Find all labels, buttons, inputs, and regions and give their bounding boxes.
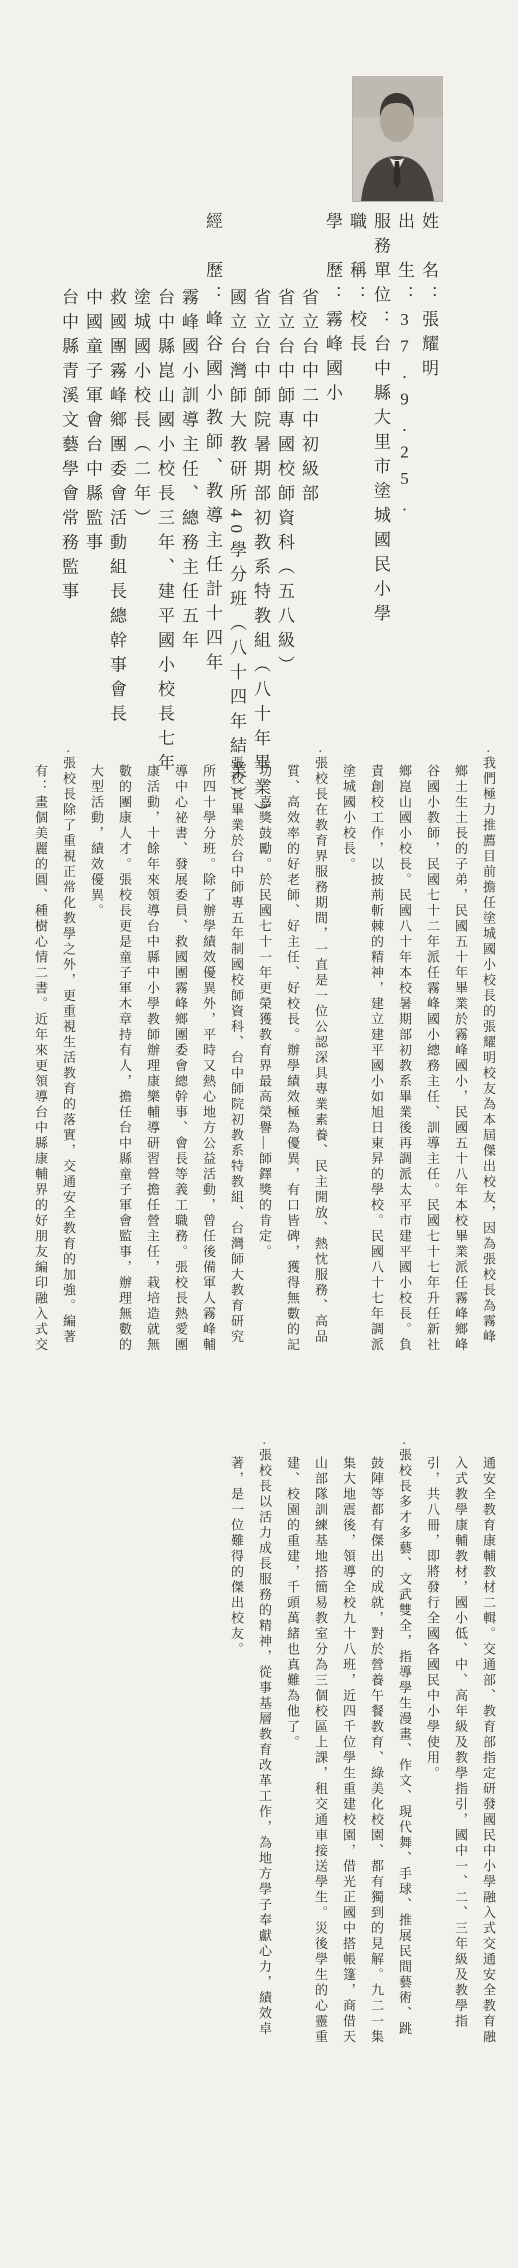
experience-item: 台中縣崑山國小校長三年、建平國小校長七年	[152, 212, 176, 792]
recommendation-paragraph: ·我們極力推薦目前擔任塗城國小校長的張耀明校友為本屆傑出校友，因為張校長為霧峰鄉…	[334, 764, 502, 1360]
scanned-document-page: 姓 名：張耀明 出 生：37.9.25. 服務單位：台中縣大里市塗城國民小學 職…	[0, 0, 518, 2268]
field-value: 峰谷國小教師、教導主任計十四年	[203, 310, 222, 678]
profile-field-birth: 出 生：37.9.25.	[392, 212, 416, 792]
recommendation-paragraph: ·張校長多才多藝、文武雙全，指導學生漫畫、作文、現代舞、手球、推展民間藝術、跳鼓…	[278, 1456, 418, 2052]
profile-field-title: 職 稱：校長	[344, 212, 368, 792]
experience-item: 台中縣青溪文藝學會常務監事	[56, 212, 80, 792]
profile-info: 姓 名：張耀明 出 生：37.9.25. 服務單位：台中縣大里市塗城國民小學 職…	[56, 212, 440, 792]
profile-field-experience: 經 歷：峰谷國小教師、教導主任計十四年	[200, 212, 224, 792]
profile-field-workplace: 服務單位：台中縣大里市塗城國民小學	[368, 212, 392, 792]
profile-field-name: 姓 名：張耀明	[416, 212, 440, 792]
field-value: 台中縣青溪文藝學會常務監事	[59, 288, 78, 607]
field-value: 霧峰國小訓導主任、總務主任五年	[179, 288, 198, 656]
field-value: 國立台灣師大教研所40學分班（八十四年結業）	[227, 288, 246, 810]
field-label: 職 稱：	[347, 212, 366, 310]
recommendation-paragraph: ·張校長畢業於台中師專五年制國校師資科、台中師院初教系特教組、台灣師大教育研究所…	[82, 764, 250, 1360]
field-value: 台中縣大里市塗城國民小學	[371, 335, 390, 629]
field-value: 塗城國小校長（二年）	[131, 288, 150, 533]
education-item: 省立台中二中初級部	[296, 212, 320, 792]
recommendation-paragraph: ·張校長以活力成長服務的精神，從事基層教育改革工作，為地方學子奉獻心力，績效卓著…	[222, 1456, 278, 2052]
experience-item: 中國童子軍會台中縣監事	[80, 212, 104, 792]
field-value: 37.9.25.	[395, 310, 414, 522]
field-value: 張耀明	[419, 310, 438, 384]
experience-item: 霧峰國小訓導主任、總務主任五年	[176, 212, 200, 792]
field-value: 校長	[347, 310, 366, 359]
recommendation-paragraph: ·張校長除了重視正常化教學之外，更重視生活教育的落實，交通安全教育的加強。編著有…	[26, 764, 82, 1360]
recommendation-paragraph: ·張校長在教育界服務期間，一直是一位公認深具專業素養、民主開放、熱忱服務、高品質…	[250, 764, 334, 1360]
experience-item: 救國團霧峰鄉團委會活動組長總幹事會長	[104, 212, 128, 792]
field-value: 省立台中師院暑期部初教系特教組（八十年畢業）	[251, 288, 270, 827]
field-value: 省立台中師專國校師資科（五八級）	[275, 288, 294, 680]
portrait-photo	[353, 77, 442, 201]
profile-field-education: 學 歷：霧峰國小	[320, 212, 344, 792]
field-value: 省立台中二中初級部	[299, 288, 318, 509]
recommendation-paragraph-continued: 通安全教育康輔教材二輯。交通部、教育部指定研發國民中小學融入式交通安全教育融入式…	[418, 1456, 502, 2052]
field-label: 經 歷：	[203, 212, 222, 310]
field-value: 霧峰國小	[323, 310, 342, 408]
field-label: 姓 名：	[419, 212, 438, 310]
education-item: 省立台中師院暑期部初教系特教組（八十年畢業）	[248, 212, 272, 792]
field-label: 學 歷：	[323, 212, 342, 310]
field-label: 服務單位：	[371, 212, 390, 335]
recommendation-text-block-1: ·我們極力推薦目前擔任塗城國小校長的張耀明校友為本屆傑出校友，因為張校長為霧峰鄉…	[26, 748, 502, 1360]
field-value: 救國團霧峰鄉團委會活動組長總幹事會長	[107, 288, 126, 729]
education-item: 省立台中師專國校師資科（五八級）	[272, 212, 296, 792]
education-item: 國立台灣師大教研所40學分班（八十四年結業）	[224, 212, 248, 792]
recommendation-text-block-2: 通安全教育康輔教材二輯。交通部、教育部指定研發國民中小學融入式交通安全教育融入式…	[222, 1440, 502, 2052]
field-value: 中國童子軍會台中縣監事	[83, 288, 102, 558]
field-label: 出 生：	[395, 212, 414, 310]
portrait-silhouette-icon	[353, 77, 442, 201]
experience-item: 塗城國小校長（二年）	[128, 212, 152, 792]
field-value: 台中縣崑山國小校長三年、建平國小校長七年	[155, 288, 174, 778]
